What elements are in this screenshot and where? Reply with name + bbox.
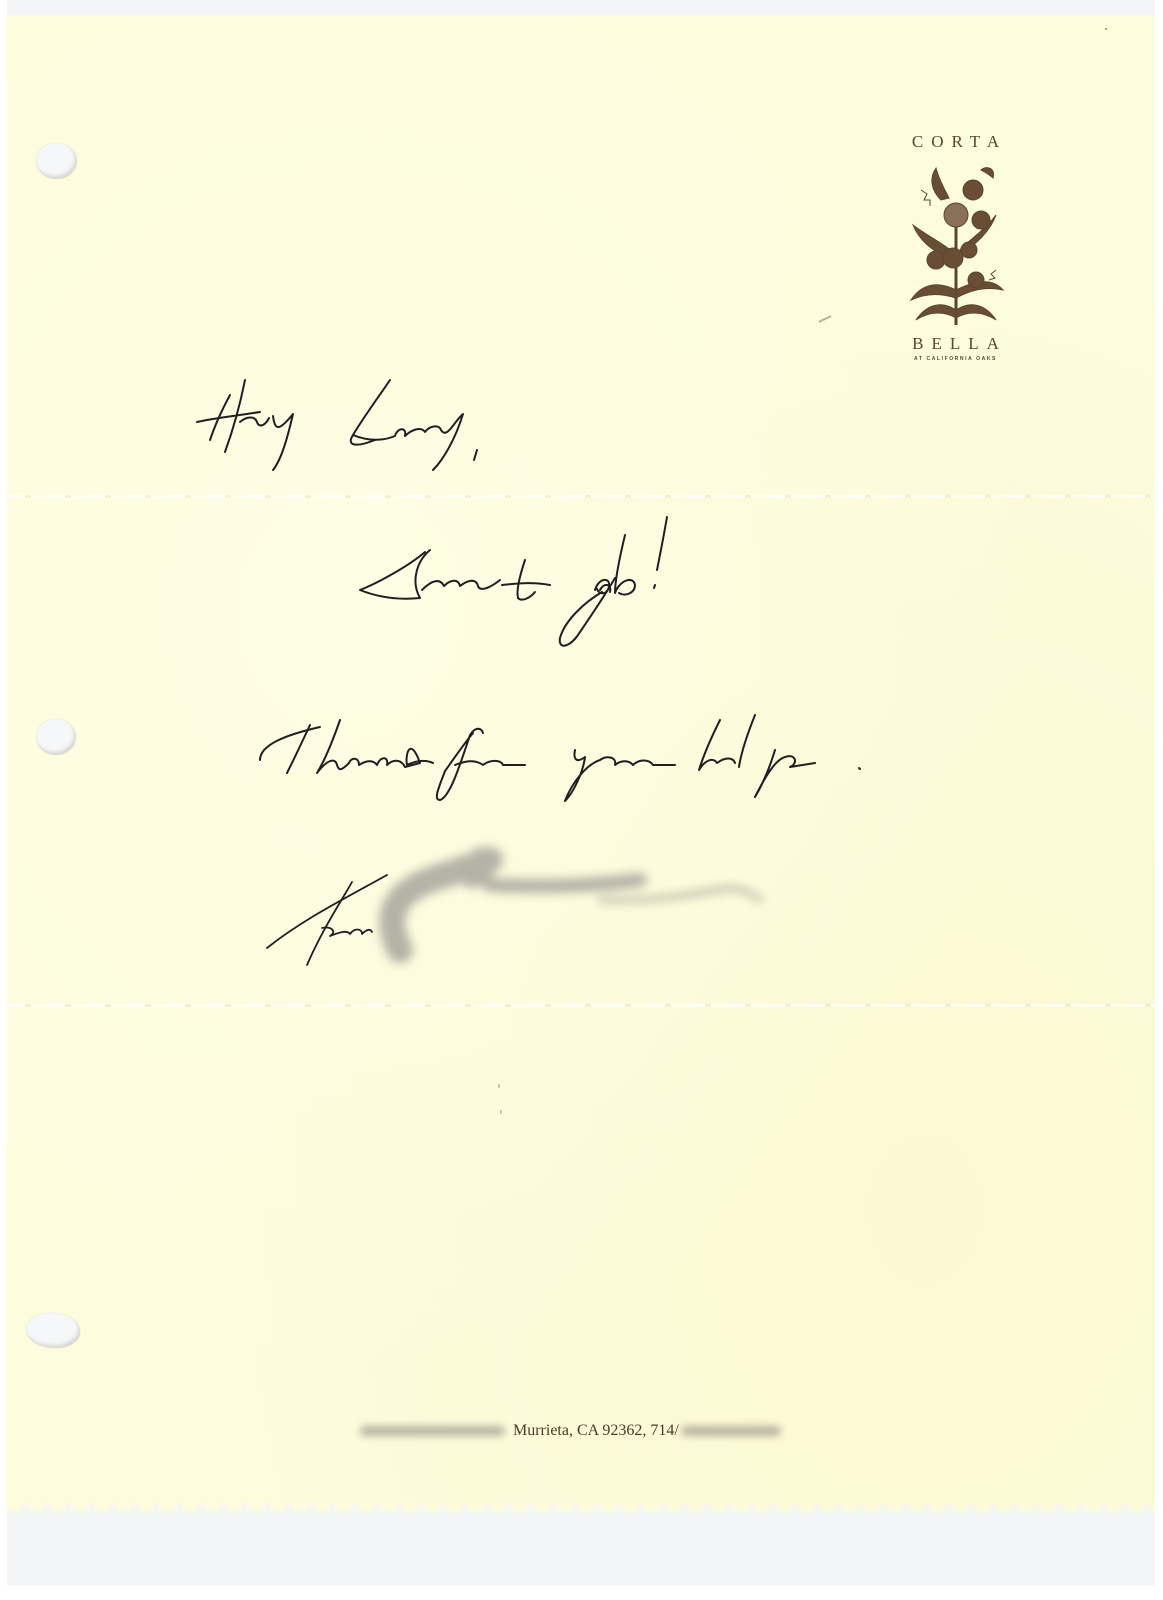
floral-bouquet-icon xyxy=(901,160,1011,330)
letterhead-title-bottom: BELLA xyxy=(888,334,1023,354)
salutation: Hey Larry, xyxy=(185,360,485,475)
letterhead-title-top: CORTA xyxy=(888,132,1023,152)
letterhead-subtitle: AT CALIFORNIA OAKS xyxy=(888,356,1023,362)
letter-line-1-end xyxy=(585,515,675,615)
punch-hole-bottom xyxy=(26,1313,80,1348)
fold-line-bottom xyxy=(7,1004,1155,1007)
letterhead: CORTA BELLA AT CALIFORNIA OAKS xyxy=(888,132,1023,362)
letter-line-2: Thanks for your help. xyxy=(255,705,875,805)
letterhead-footer-address: Murrieta, CA 92362, 714/ xyxy=(360,1418,820,1444)
speck xyxy=(500,1110,502,1114)
redacted-phone-number xyxy=(681,1426,781,1436)
footer-address-text: Murrieta, CA 92362, 714/ xyxy=(513,1422,679,1440)
paper-torn-edge xyxy=(7,1503,1155,1513)
redacted-street-address xyxy=(360,1426,505,1436)
redacted-signature-surname xyxy=(370,840,770,970)
speck xyxy=(1105,28,1107,30)
punch-hole-middle xyxy=(36,719,76,755)
fold-line-top xyxy=(7,495,1155,498)
speck xyxy=(498,1084,500,1088)
punch-hole-top xyxy=(36,143,77,179)
